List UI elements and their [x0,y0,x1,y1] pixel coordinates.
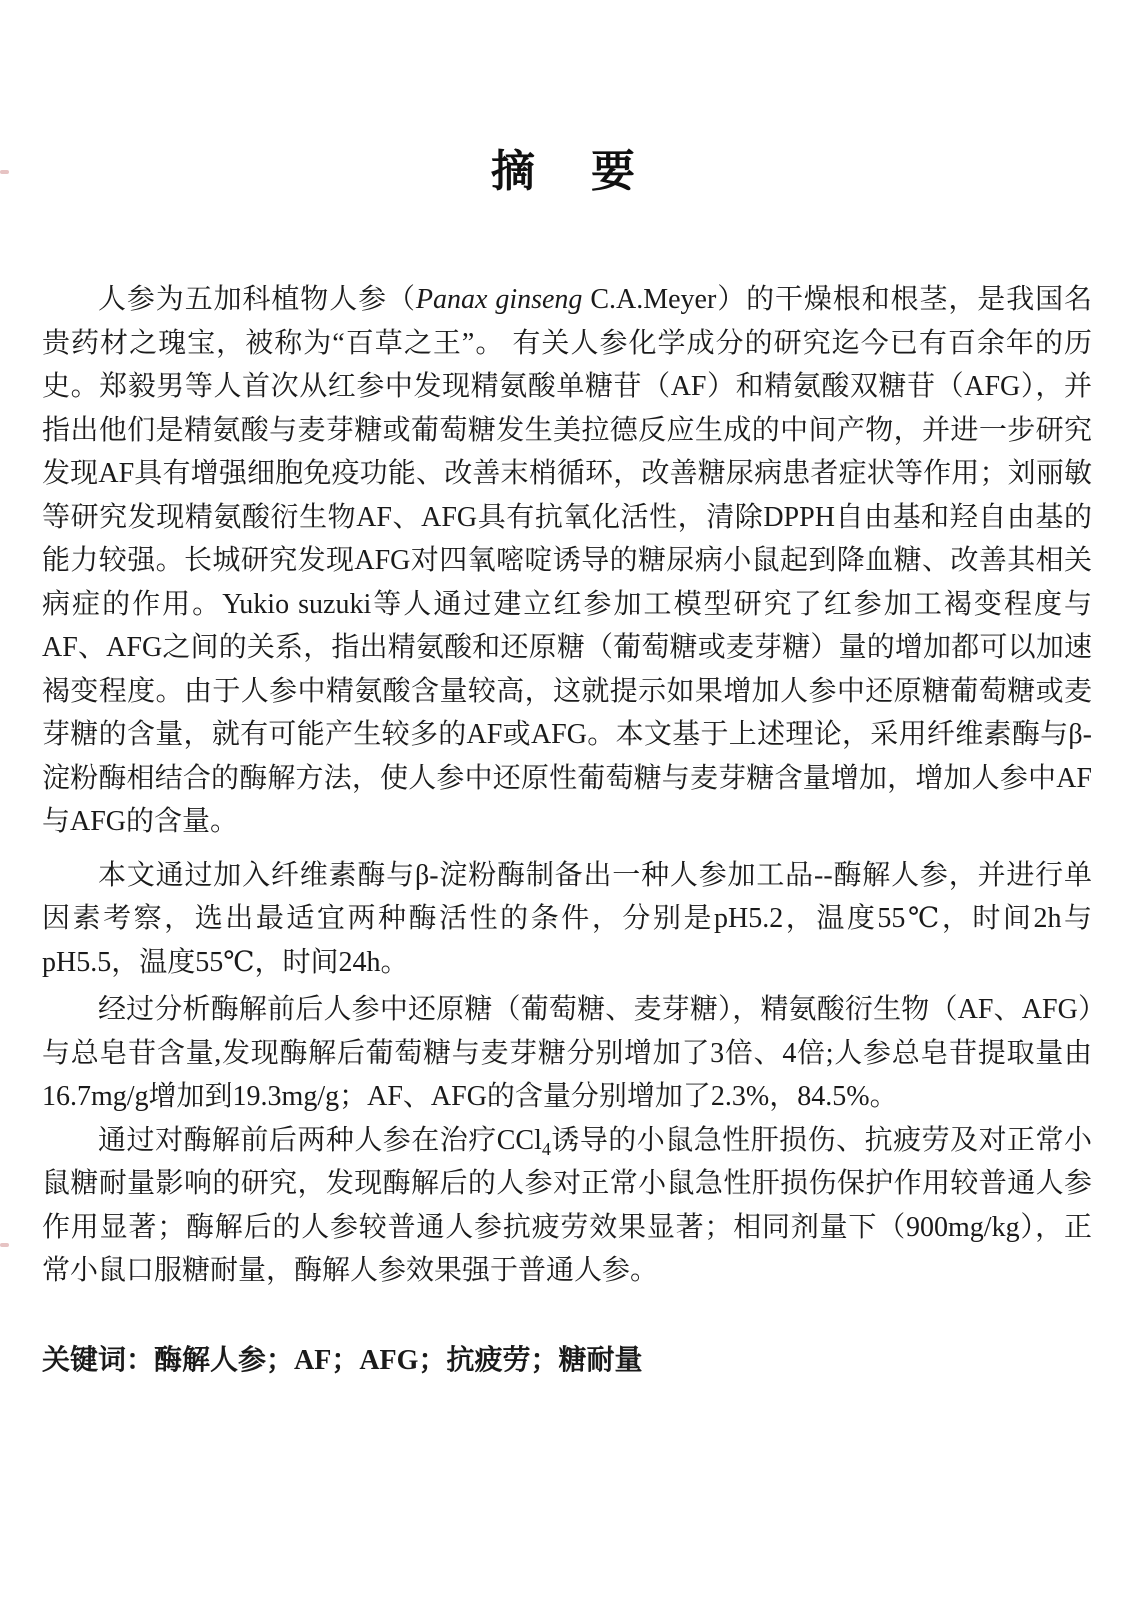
keywords-label: 关键词： [42,1345,154,1376]
paragraph-1-text-start: 人参为五加科植物人参（ [98,284,416,315]
paragraph-1-text-rest: C.A.Meyer）的干燥根和根茎，是我国名贵药材之瑰宝，被称为“百草之王”。 … [42,284,1092,837]
abstract-body: 人参为五加科植物人参（Panax ginseng C.A.Meyer）的干燥根和… [42,278,1092,1382]
abstract-paragraph-2: 本文通过加入纤维素酶与β-淀粉酶制备出一种人参加工品--酶解人参，并进行单因素考… [42,854,1092,985]
species-name-italic: Panax ginseng [416,284,583,315]
paragraph-4-text-start: 通过对酶解前后两种人参在治疗CCl [98,1125,542,1156]
abstract-paragraph-3: 经过分析酶解前后人参中还原糖（葡萄糖、麦芽糖），精氨酸衍生物（AF、AFG）与总… [42,988,1092,1119]
scan-mark [0,1243,9,1247]
keywords-items: 酶解人参；AF；AFG；抗疲劳；糖耐量 [154,1345,642,1376]
abstract-paragraph-4: 通过对酶解前后两种人参在治疗CCl4诱导的小鼠急性肝损伤、抗疲劳及对正常小鼠糖耐… [42,1119,1092,1293]
ccl4-subscript: 4 [542,1139,551,1159]
keywords-line: 关键词：酶解人参；AF；AFG；抗疲劳；糖耐量 [42,1339,1092,1383]
document-page: 摘 要 人参为五加科植物人参（Panax ginseng C.A.Meyer）的… [0,0,1132,1600]
scan-mark [0,170,9,174]
page-title: 摘 要 [0,0,1132,196]
abstract-paragraph-1: 人参为五加科植物人参（Panax ginseng C.A.Meyer）的干燥根和… [42,278,1092,844]
